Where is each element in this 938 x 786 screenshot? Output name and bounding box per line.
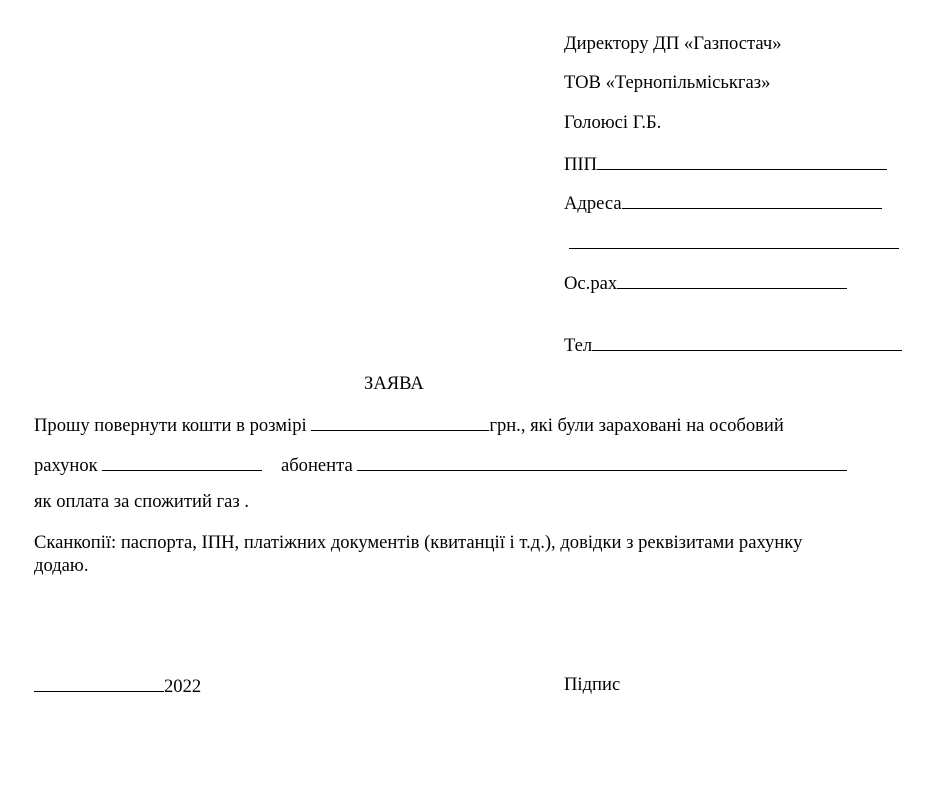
address-field[interactable] <box>622 191 882 209</box>
addressee-name: Голоюсі Г.Б. <box>564 112 661 134</box>
amount-text: Прошу повернути кошти в розмірі <box>34 415 311 436</box>
phone-row: Тел <box>564 333 902 357</box>
address-field-2[interactable] <box>569 231 899 249</box>
attachments-line-2: додаю. <box>34 555 88 577</box>
paragraph-3: як оплата за спожитий газ . <box>34 491 249 513</box>
document-title: ЗАЯВА <box>364 373 424 395</box>
paragraph-2: рахунок абонента <box>34 453 847 477</box>
account-label: Ос.рах <box>564 273 617 294</box>
attachments-line-1: Сканкопії: паспорта, ІПН, платіжних доку… <box>34 532 802 554</box>
account-row: Ос.рах <box>564 271 847 295</box>
signature-label: Підпис <box>564 674 620 696</box>
pip-field[interactable] <box>597 152 887 170</box>
address-row-2 <box>569 231 899 255</box>
addressee-director: Директору ДП «Газпостач» <box>564 33 782 55</box>
account-text: рахунок <box>34 455 102 476</box>
amount-suffix-text: грн., які були зараховані на особовий <box>489 415 784 436</box>
subscriber-field[interactable] <box>357 453 847 471</box>
subscriber-text: абонента <box>281 455 357 476</box>
date-row: 2022 <box>34 674 201 698</box>
amount-field[interactable] <box>311 413 489 431</box>
paragraph-1: Прошу повернути кошти в розмірі грн., як… <box>34 413 784 437</box>
pip-label: ПІП <box>564 154 597 175</box>
addressee-company: ТОВ «Тернопільміськгаз» <box>564 72 770 94</box>
account-field[interactable] <box>617 271 847 289</box>
address-row: Адреса <box>564 191 882 215</box>
phone-field[interactable] <box>592 333 902 351</box>
address-label: Адреса <box>564 193 622 214</box>
account-number-field[interactable] <box>102 453 262 471</box>
date-field[interactable] <box>34 674 164 692</box>
phone-label: Тел <box>564 335 592 356</box>
pip-row: ПІП <box>564 152 887 176</box>
year-text: 2022 <box>164 676 201 697</box>
